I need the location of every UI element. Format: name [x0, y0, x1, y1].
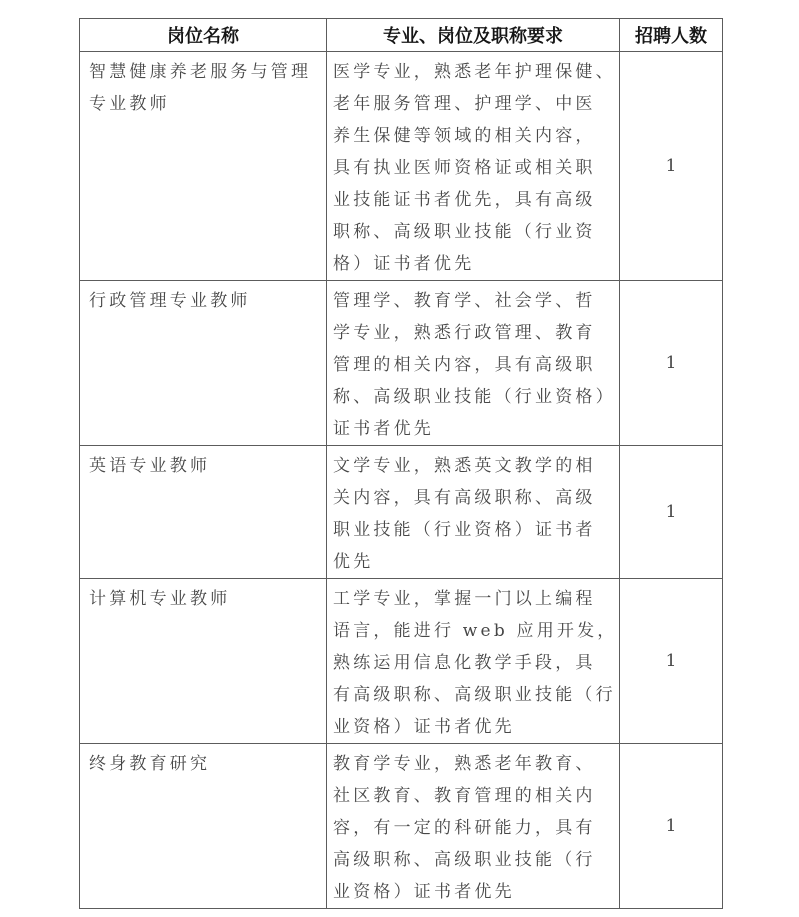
header-requirements: 专业、岗位及职称要求	[327, 19, 620, 52]
position-name-line: 终身教育研究	[89, 748, 320, 780]
requirement-line: 管理学、教育学、社会学、哲	[333, 285, 617, 317]
table-row: 智慧健康养老服务与管理 专业教师 医学专业，熟悉老年护理保健、 老年服务管理、护…	[80, 52, 723, 281]
position-name-line: 计算机专业教师	[89, 583, 320, 615]
requirement-line: 语言，能进行 web 应用开发，	[333, 615, 617, 647]
position-name-cell: 行政管理专业教师	[80, 281, 327, 446]
position-name-cell: 英语专业教师	[80, 446, 327, 579]
position-name-line: 行政管理专业教师	[89, 285, 320, 317]
headcount-cell: 1	[620, 744, 723, 909]
requirement-line: 工学专业，掌握一门以上编程	[333, 583, 617, 615]
requirement-line: 证书者优先	[333, 413, 617, 445]
requirement-line: 熟练运用信息化教学手段，具	[333, 647, 617, 679]
requirements-cell: 工学专业，掌握一门以上编程 语言，能进行 web 应用开发， 熟练运用信息化教学…	[327, 579, 620, 744]
requirement-line: 优先	[333, 546, 617, 578]
requirement-line: 高级职称、高级职业技能（行	[333, 844, 617, 876]
requirements-cell: 教育学专业，熟悉老年教育、 社区教育、教育管理的相关内 容，有一定的科研能力，具…	[327, 744, 620, 909]
position-name-line: 英语专业教师	[89, 450, 320, 482]
requirement-line: 容，有一定的科研能力，具有	[333, 812, 617, 844]
recruitment-table: 岗位名称 专业、岗位及职称要求 招聘人数 智慧健康养老服务与管理 专业教师 医学…	[79, 18, 723, 909]
position-name-line: 专业教师	[89, 88, 320, 120]
requirements-cell: 文学专业，熟悉英文教学的相 关内容，具有高级职称、高级 职业技能（行业资格）证书…	[327, 446, 620, 579]
headcount-cell: 1	[620, 52, 723, 281]
requirement-line: 称、高级职业技能（行业资格）	[333, 381, 617, 413]
header-headcount: 招聘人数	[620, 19, 723, 52]
requirement-line: 管理的相关内容，具有高级职	[333, 349, 617, 381]
requirement-line: 学专业，熟悉行政管理、教育	[333, 317, 617, 349]
requirement-line: 医学专业，熟悉老年护理保健、	[333, 56, 617, 88]
position-name-cell: 智慧健康养老服务与管理 专业教师	[80, 52, 327, 281]
requirement-line: 职称、高级职业技能（行业资	[333, 216, 617, 248]
header-position-name: 岗位名称	[80, 19, 327, 52]
table-row: 英语专业教师 文学专业，熟悉英文教学的相 关内容，具有高级职称、高级 职业技能（…	[80, 446, 723, 579]
requirement-line: 社区教育、教育管理的相关内	[333, 780, 617, 812]
table-row: 行政管理专业教师 管理学、教育学、社会学、哲 学专业，熟悉行政管理、教育 管理的…	[80, 281, 723, 446]
table-row: 计算机专业教师 工学专业，掌握一门以上编程 语言，能进行 web 应用开发， 熟…	[80, 579, 723, 744]
requirements-cell: 医学专业，熟悉老年护理保健、 老年服务管理、护理学、中医 养生保健等领域的相关内…	[327, 52, 620, 281]
table-header-row: 岗位名称 专业、岗位及职称要求 招聘人数	[80, 19, 723, 52]
position-name-line: 智慧健康养老服务与管理	[89, 56, 320, 88]
requirement-line: 有高级职称、高级职业技能（行	[333, 679, 617, 711]
position-name-cell: 终身教育研究	[80, 744, 327, 909]
requirement-line: 业资格）证书者优先	[333, 711, 617, 743]
headcount-cell: 1	[620, 281, 723, 446]
requirement-line: 养生保健等领域的相关内容，	[333, 120, 617, 152]
position-name-cell: 计算机专业教师	[80, 579, 327, 744]
requirement-line: 职业技能（行业资格）证书者	[333, 514, 617, 546]
requirement-line: 老年服务管理、护理学、中医	[333, 88, 617, 120]
requirement-line: 格）证书者优先	[333, 248, 617, 280]
requirement-line: 教育学专业，熟悉老年教育、	[333, 748, 617, 780]
headcount-cell: 1	[620, 579, 723, 744]
headcount-cell: 1	[620, 446, 723, 579]
requirement-line: 文学专业，熟悉英文教学的相	[333, 450, 617, 482]
table-row: 终身教育研究 教育学专业，熟悉老年教育、 社区教育、教育管理的相关内 容，有一定…	[80, 744, 723, 909]
requirement-line: 具有执业医师资格证或相关职	[333, 152, 617, 184]
requirement-line: 业技能证书者优先，具有高级	[333, 184, 617, 216]
requirement-line: 业资格）证书者优先	[333, 876, 617, 908]
requirements-cell: 管理学、教育学、社会学、哲 学专业，熟悉行政管理、教育 管理的相关内容，具有高级…	[327, 281, 620, 446]
requirement-line: 关内容，具有高级职称、高级	[333, 482, 617, 514]
